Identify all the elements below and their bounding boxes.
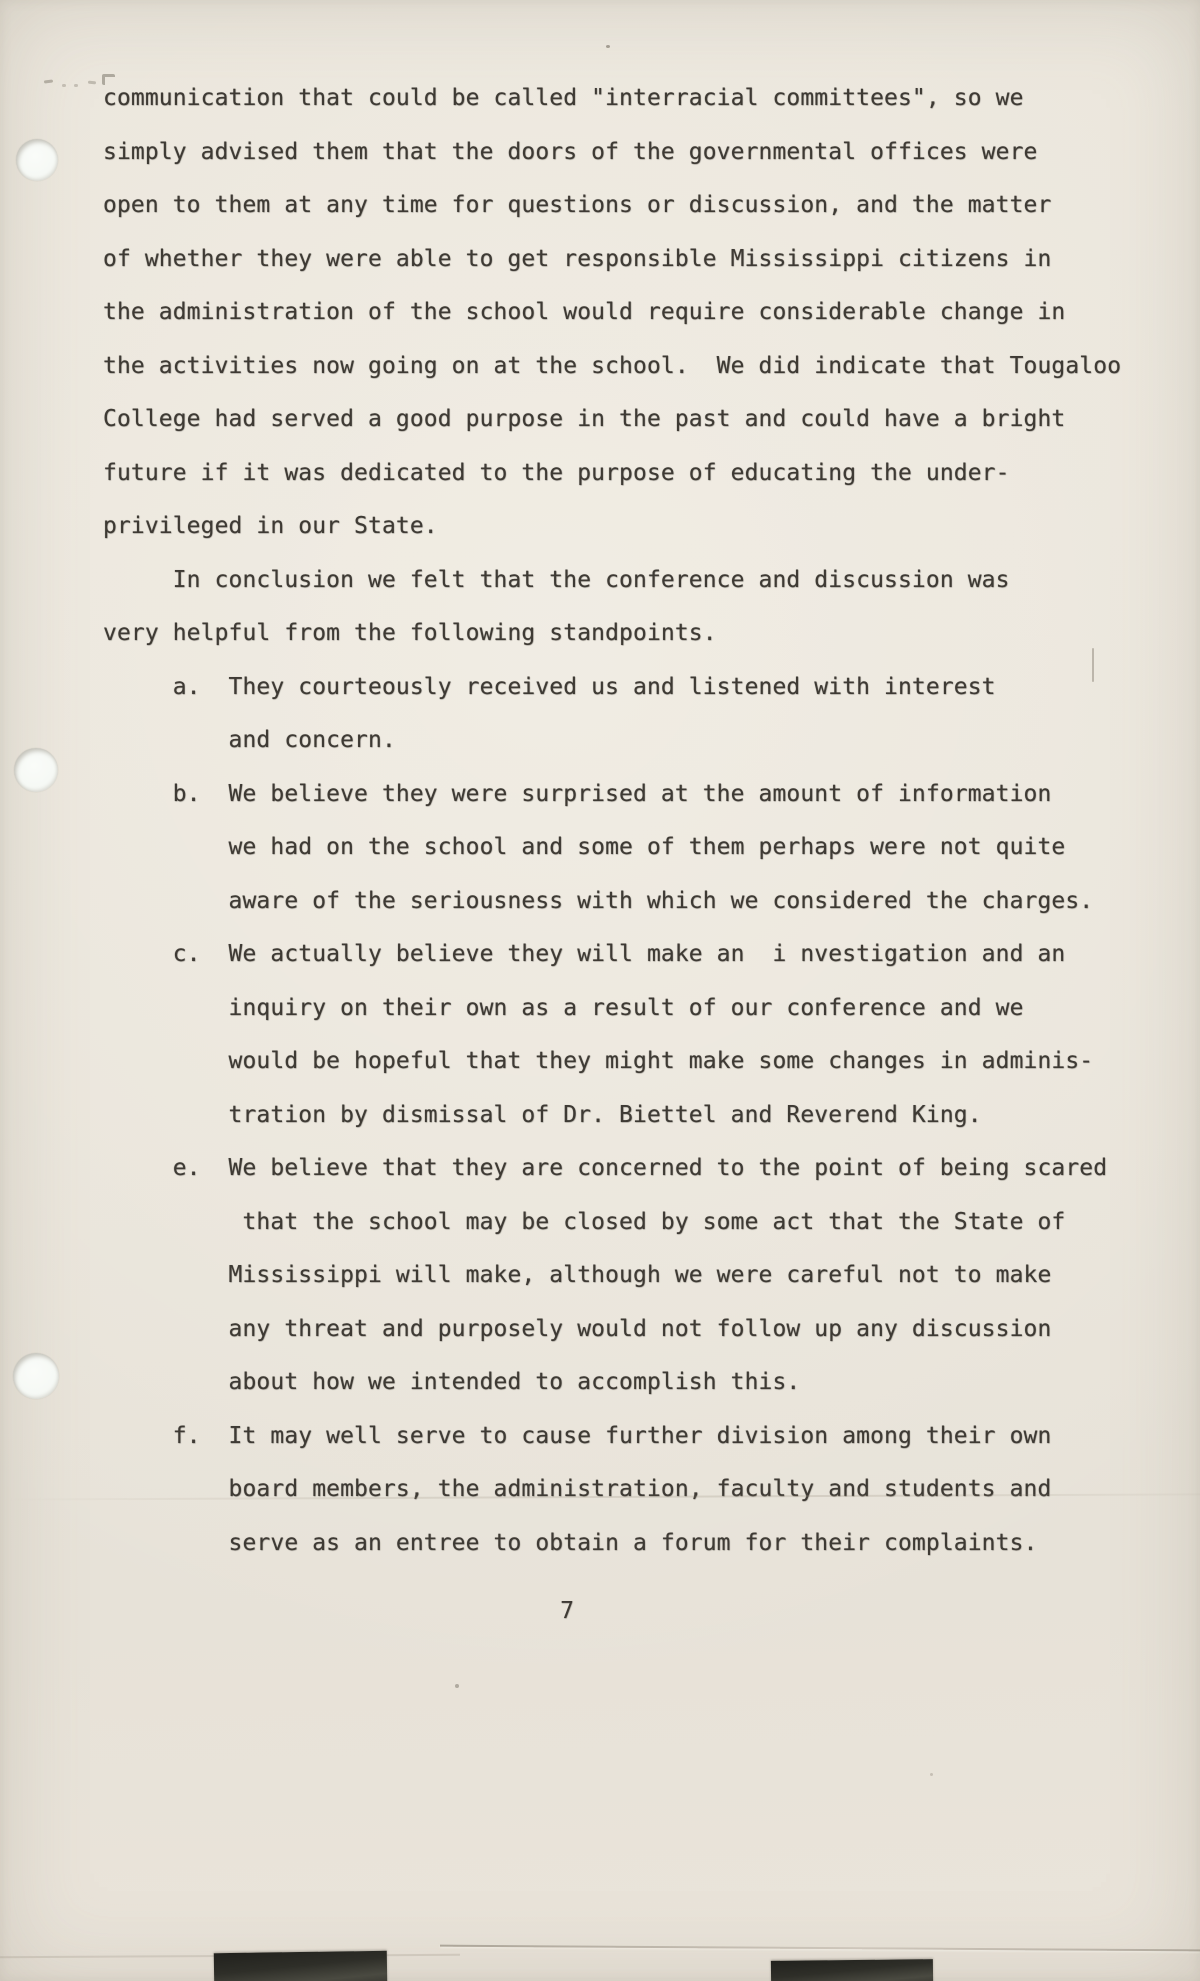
- paper-speck: [606, 45, 610, 48]
- text-line: aware of the seriousness with which we c…: [103, 875, 1163, 929]
- page-number: 7: [103, 1598, 1031, 1624]
- text-line: inquiry on their own as a result of our …: [103, 982, 1163, 1036]
- text-line: the administration of the school would r…: [103, 286, 1163, 340]
- text-line: open to them at any time for questions o…: [103, 179, 1163, 233]
- punch-hole-bottom: [13, 1353, 59, 1399]
- text-line: we had on the school and some of them pe…: [103, 821, 1163, 875]
- text-line: future if it was dedicated to the purpos…: [103, 447, 1163, 501]
- text-line: any threat and purposely would not follo…: [103, 1303, 1163, 1357]
- text-line: privileged in our State.: [103, 500, 1163, 554]
- pencil-smudge: [44, 79, 53, 83]
- text-line: board members, the administration, facul…: [103, 1463, 1163, 1517]
- text-line: Mississippi will make, although we were …: [103, 1249, 1163, 1303]
- text-line: f. It may well serve to cause further di…: [103, 1410, 1163, 1464]
- tape-mark-right: [771, 1959, 933, 1981]
- document-page: communication that could be called "inte…: [0, 0, 1200, 1981]
- pencil-smudge: [88, 81, 96, 85]
- paper-speck: [930, 1773, 933, 1776]
- pencil-smudge: [74, 84, 78, 87]
- paper-crease: [440, 1945, 1200, 1952]
- text-line: b. We believe they were surprised at the…: [103, 768, 1163, 822]
- tape-mark-left: [214, 1951, 387, 1981]
- edge-mark: [1092, 648, 1094, 682]
- text-line: the activities now going on at the schoo…: [103, 340, 1163, 394]
- text-line: of whether they were able to get respons…: [103, 233, 1163, 287]
- text-line: In conclusion we felt that the conferenc…: [103, 554, 1163, 608]
- text-line: a. They courteously received us and list…: [103, 661, 1163, 715]
- text-line: simply advised them that the doors of th…: [103, 126, 1163, 180]
- punch-hole-top: [16, 139, 58, 181]
- text-line: c. We actually believe they will make an…: [103, 928, 1163, 982]
- text-line: tration by dismissal of Dr. Biettel and …: [103, 1089, 1163, 1143]
- punch-hole-middle: [14, 748, 58, 792]
- text-line: e. We believe that they are concerned to…: [103, 1142, 1163, 1196]
- text-line: that the school may be closed by some ac…: [103, 1196, 1163, 1250]
- text-line: and concern.: [103, 714, 1163, 768]
- text-line: would be hopeful that they might make so…: [103, 1035, 1163, 1089]
- text-line: very helpful from the following standpoi…: [103, 607, 1163, 661]
- paper-speck: [455, 1684, 459, 1688]
- text-line: about how we intended to accomplish this…: [103, 1356, 1163, 1410]
- text-line: communication that could be called "inte…: [103, 72, 1163, 126]
- pencil-smudge: [62, 84, 66, 87]
- text-line: serve as an entree to obtain a forum for…: [103, 1517, 1163, 1571]
- typewritten-text: communication that could be called "inte…: [103, 72, 1163, 1570]
- text-line: College had served a good purpose in the…: [103, 393, 1163, 447]
